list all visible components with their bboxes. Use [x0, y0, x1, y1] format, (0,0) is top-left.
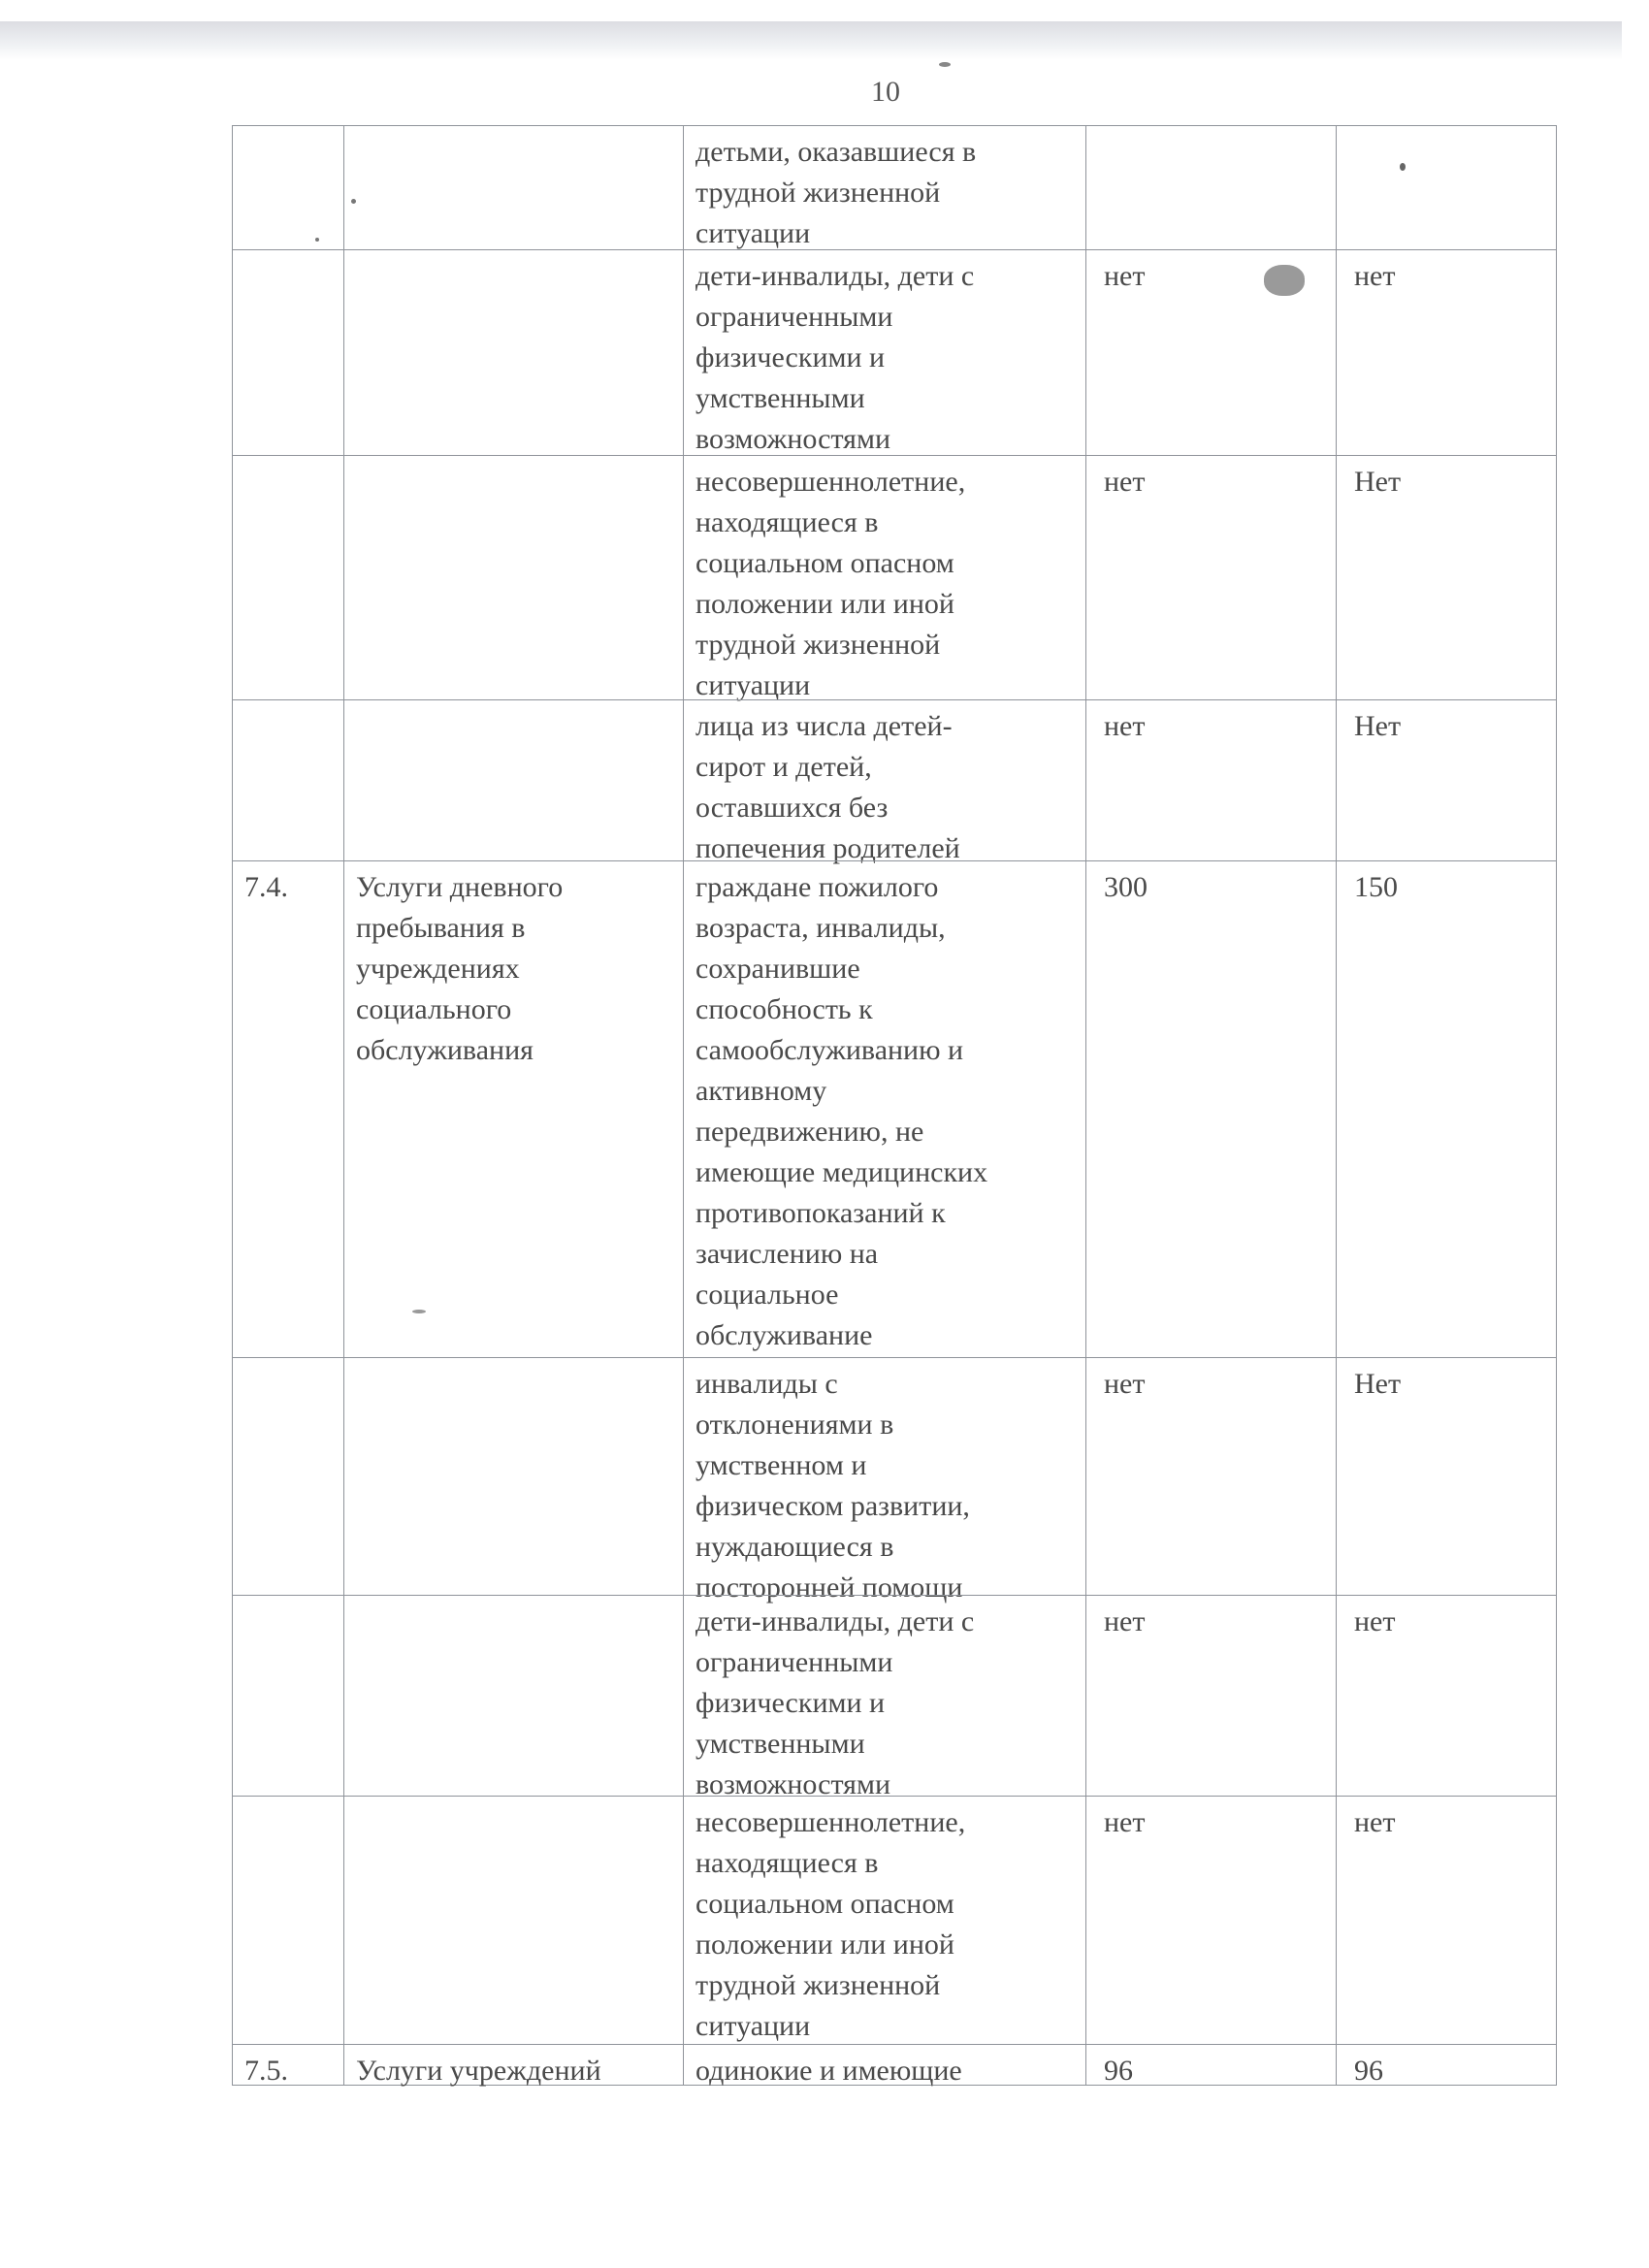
value-a-cell: 300 — [1085, 860, 1337, 1358]
value-b-text: 150 — [1354, 867, 1556, 908]
value-a-text: нет — [1104, 256, 1336, 297]
value-a-cell: нет — [1085, 249, 1337, 456]
row-number-cell — [232, 249, 344, 456]
value-b-cell: Нет — [1336, 1357, 1557, 1596]
value-b-cell: 150 — [1336, 860, 1557, 1358]
row-number-cell — [232, 455, 344, 700]
recipient-category-text: одинокие и имеющие — [695, 2051, 1085, 2091]
service-name-cell — [343, 1357, 684, 1596]
value-b-text: нет — [1354, 1802, 1556, 1843]
service-name-cell: Услуги учреждений — [343, 2044, 684, 2086]
recipient-category-cell: граждане пожилого возраста, инвалиды, со… — [683, 860, 1086, 1358]
service-name-text: Услуги учреждений — [356, 2051, 683, 2091]
row-number-cell — [232, 699, 344, 861]
row-number-cell — [232, 125, 344, 250]
value-b-text: нет — [1354, 1602, 1556, 1642]
value-a-cell: нет — [1085, 1595, 1337, 1797]
row-number-cell: 7.5. — [232, 2044, 344, 2086]
value-a-cell — [1085, 125, 1337, 250]
service-name-cell — [343, 125, 684, 250]
service-name-cell — [343, 1796, 684, 2045]
recipient-category-cell: детьми, оказавшиеся в трудной жизненной … — [683, 125, 1086, 250]
service-name-cell — [343, 249, 684, 456]
value-b-text: Нет — [1354, 706, 1556, 747]
value-b-cell: 96 — [1336, 2044, 1557, 2086]
recipient-category-cell: дети-инвалиды, дети с ограниченными физи… — [683, 249, 1086, 456]
recipient-category-text: детьми, оказавшиеся в трудной жизненной … — [695, 132, 1085, 254]
row-number-cell — [232, 1595, 344, 1797]
service-name-text: Услуги дневного пребывания в учреждениях… — [356, 867, 683, 1071]
value-a-text: нет — [1104, 1602, 1336, 1642]
recipient-category-text: лица из числа детей- сирот и детей, оста… — [695, 706, 1085, 869]
recipient-category-text: граждане пожилого возраста, инвалиды, со… — [695, 867, 1085, 1356]
recipient-category-text: дети-инвалиды, дети с ограниченными физи… — [695, 1602, 1085, 1805]
services-table: детьми, оказавшиеся в трудной жизненной … — [0, 0, 1649, 2268]
value-a-text: 300 — [1104, 867, 1336, 908]
service-name-cell: Услуги дневного пребывания в учреждениях… — [343, 860, 684, 1358]
recipient-category-cell: одинокие и имеющие — [683, 2044, 1086, 2086]
value-a-cell: нет — [1085, 455, 1337, 700]
row-number-cell: 7.4. — [232, 860, 344, 1358]
value-b-text: Нет — [1354, 1364, 1556, 1405]
value-a-cell: нет — [1085, 699, 1337, 861]
service-name-cell — [343, 699, 684, 861]
value-b-cell: нет — [1336, 1595, 1557, 1797]
value-b-cell: нет — [1336, 1796, 1557, 2045]
row-number-text: 7.4. — [244, 867, 343, 908]
value-b-cell — [1336, 125, 1557, 250]
recipient-category-cell: инвалиды с отклонениями в умственном и ф… — [683, 1357, 1086, 1596]
value-a-text: нет — [1104, 706, 1336, 747]
value-b-cell: нет — [1336, 249, 1557, 456]
value-b-text: Нет — [1354, 462, 1556, 502]
service-name-cell — [343, 455, 684, 700]
recipient-category-text: несовершеннолетние, находящиеся в социал… — [695, 1802, 1085, 2047]
value-a-text: 96 — [1104, 2051, 1336, 2091]
row-number-text: 7.5. — [244, 2051, 343, 2091]
value-b-text: нет — [1354, 256, 1556, 297]
value-a-cell: нет — [1085, 1796, 1337, 2045]
value-a-text: нет — [1104, 1364, 1336, 1405]
value-b-cell: Нет — [1336, 455, 1557, 700]
row-number-cell — [232, 1357, 344, 1596]
service-name-cell — [343, 1595, 684, 1797]
value-a-text: нет — [1104, 462, 1336, 502]
recipient-category-text: дети-инвалиды, дети с ограниченными физи… — [695, 256, 1085, 460]
value-a-cell: 96 — [1085, 2044, 1337, 2086]
value-b-cell: Нет — [1336, 699, 1557, 861]
value-a-cell: нет — [1085, 1357, 1337, 1596]
value-a-text: нет — [1104, 1802, 1336, 1843]
recipient-category-text: инвалиды с отклонениями в умственном и ф… — [695, 1364, 1085, 1608]
recipient-category-cell: лица из числа детей- сирот и детей, оста… — [683, 699, 1086, 861]
row-number-cell — [232, 1796, 344, 2045]
recipient-category-cell: несовершеннолетние, находящиеся в социал… — [683, 455, 1086, 700]
recipient-category-cell: дети-инвалиды, дети с ограниченными физи… — [683, 1595, 1086, 1797]
recipient-category-cell: несовершеннолетние, находящиеся в социал… — [683, 1796, 1086, 2045]
value-b-text: 96 — [1354, 2051, 1556, 2091]
recipient-category-text: несовершеннолетние, находящиеся в социал… — [695, 462, 1085, 706]
